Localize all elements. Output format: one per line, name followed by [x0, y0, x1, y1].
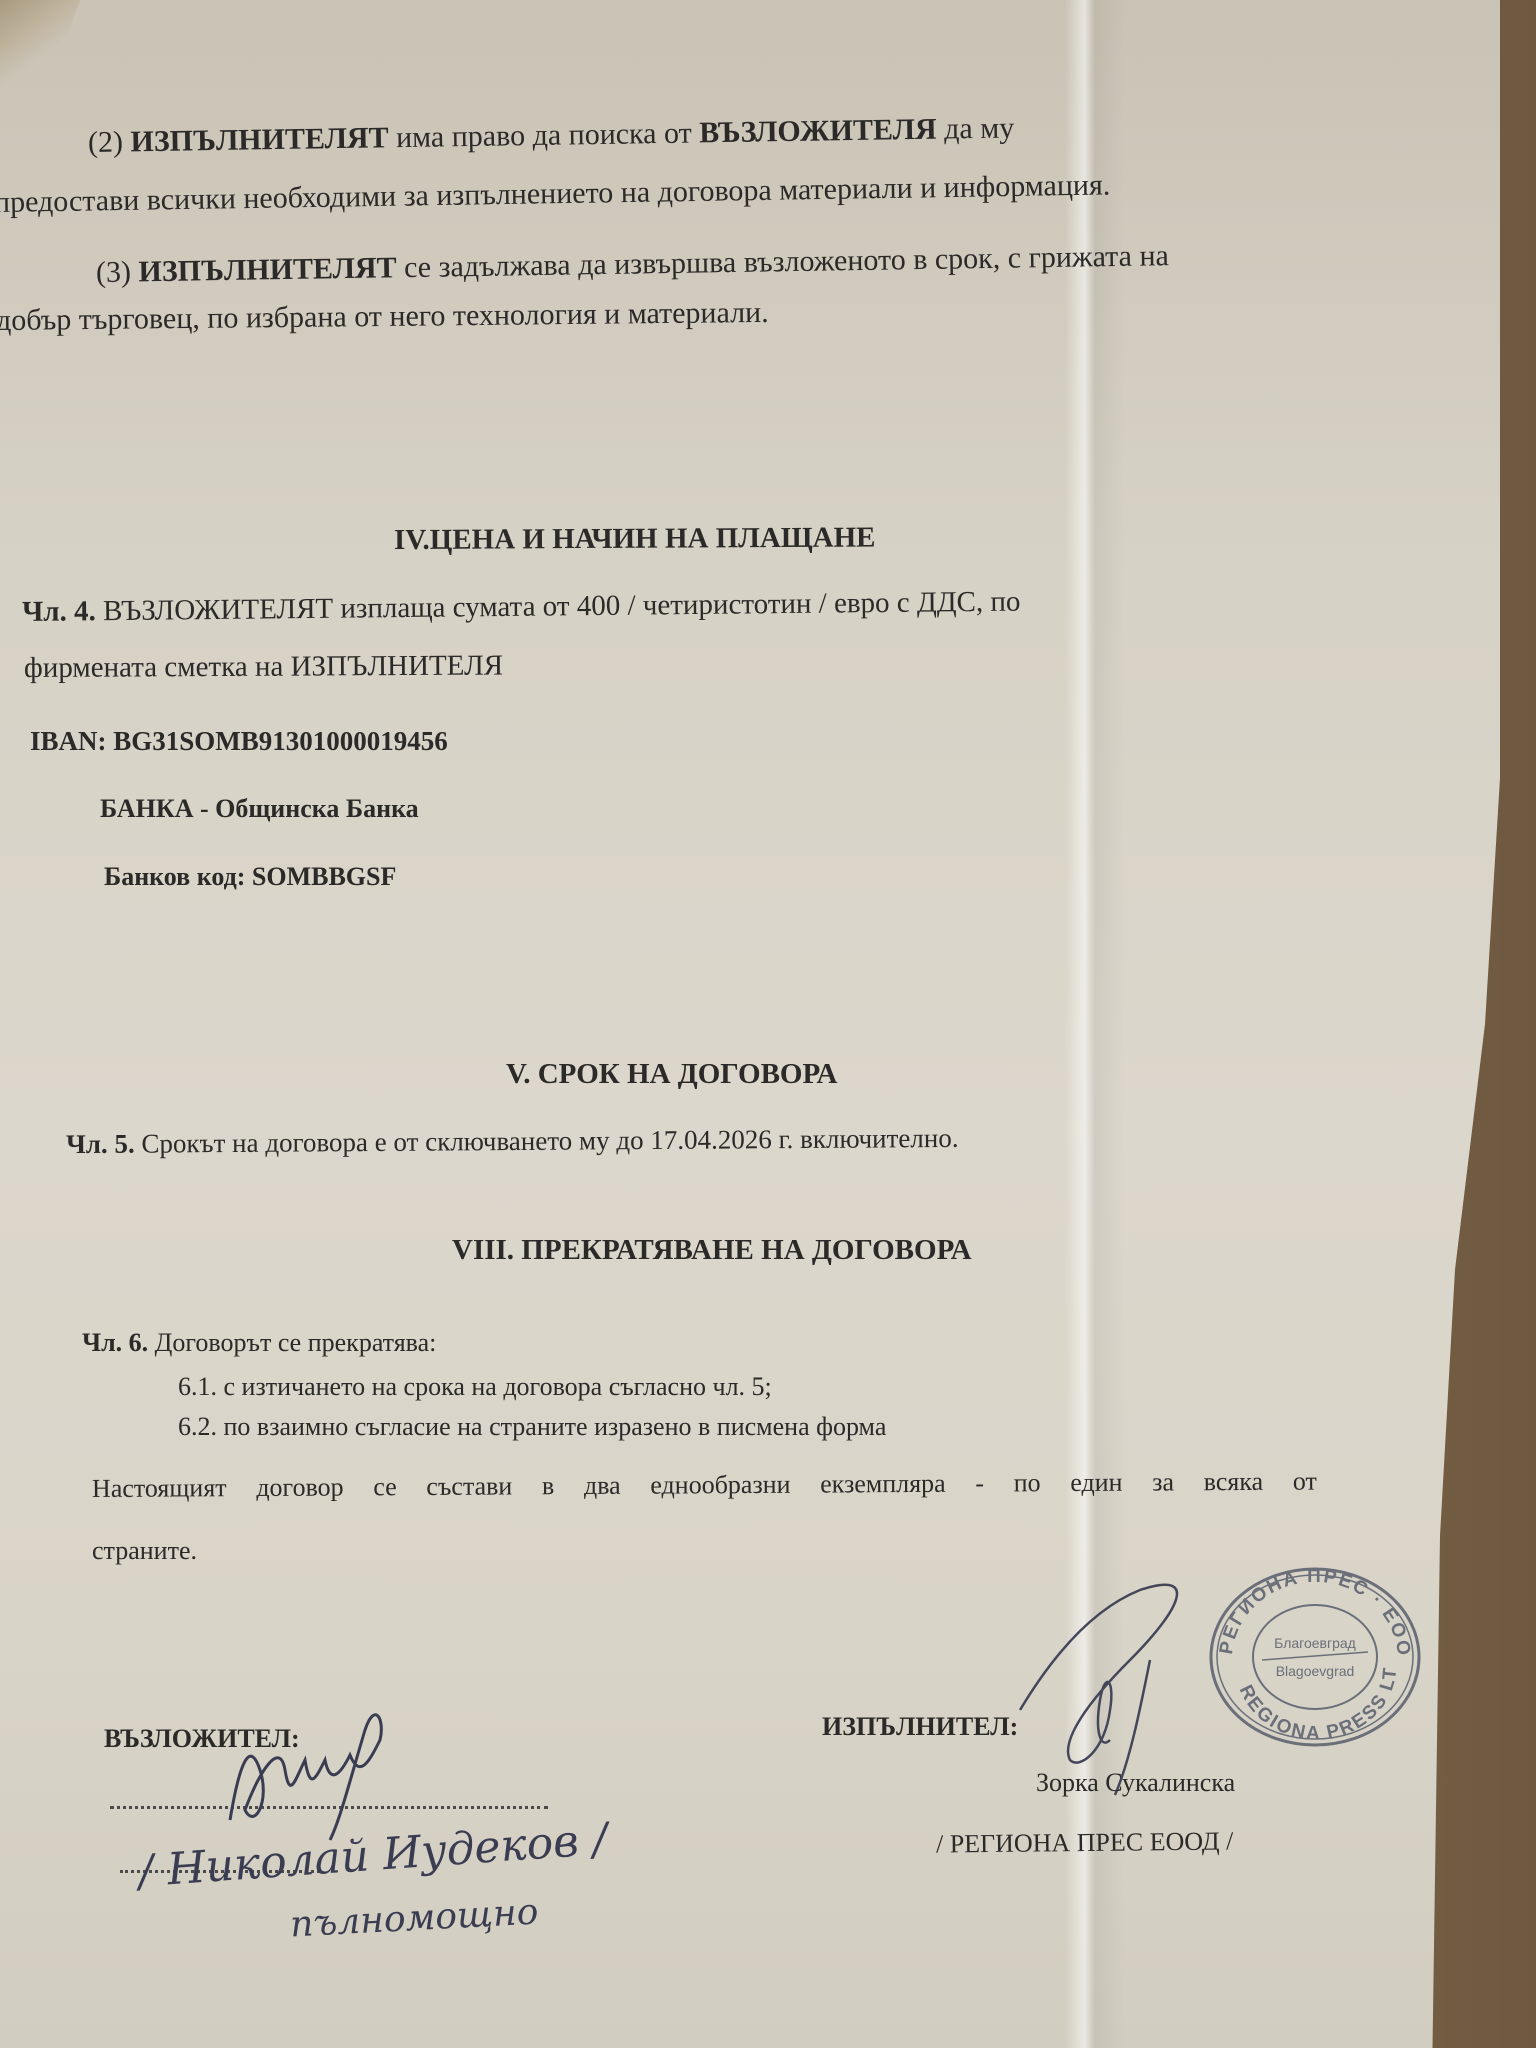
closing-line1: Настоящиятдоговорсесъставивдваеднообразн… — [92, 1469, 1317, 1502]
article-6-item-2: 6.2. по взаимно съгласие на страните изр… — [178, 1414, 886, 1440]
company-stamp: РЕГИОНА ПРЕС · ЕООД · REGIONA PRESS LTD … — [1200, 1560, 1430, 1750]
closing-word: в — [542, 1473, 554, 1499]
bank-code: Банков код: SOMBBGSF — [104, 864, 396, 890]
party-contractor: ИЗПЪЛНИТЕЛЯТ — [130, 121, 389, 158]
clause-number: (3) — [96, 255, 131, 289]
article-4-line1: Чл. 4. ВЪЗЛОЖИТЕЛЯТ изплаща сумата от 40… — [22, 588, 1021, 627]
closing-word: се — [373, 1474, 397, 1500]
party-client: ВЪЗЛОЖИТЕЛЯ — [699, 113, 937, 150]
contractor-company: / РЕГИОНА ПРЕС ЕООД / — [936, 1828, 1234, 1857]
clause-2-line1: (2) ИЗПЪЛНИТЕЛЯТ има право да поиска от … — [88, 113, 1015, 158]
closing-word: за — [1152, 1469, 1174, 1495]
clause-2-line2: предостави всички необходими за изпълнен… — [0, 170, 1110, 218]
iban: IBAN: BG31SOMB91301000019456 — [30, 728, 448, 755]
closing-word: от — [1293, 1469, 1317, 1495]
section-8-heading: VIII. ПРЕКРАТЯВАНЕ НА ДОГОВОРА — [452, 1236, 972, 1265]
closing-word: всяка — [1204, 1469, 1264, 1495]
contract-page: (2) ИЗПЪЛНИТЕЛЯТ има право да поиска от … — [0, 0, 1500, 2048]
section-4-heading: IV.ЦЕНА И НАЧИН НА ПЛАЩАНЕ — [394, 523, 876, 555]
party-contractor: ИЗПЪЛНИТЕЛЯТ — [138, 251, 397, 288]
closing-word: два — [584, 1473, 621, 1499]
clause-text: да му — [944, 111, 1015, 145]
closing-word: Настоящият — [92, 1475, 227, 1502]
contractor-signature — [1010, 1570, 1210, 1800]
closing-word: еднообразни — [650, 1472, 790, 1499]
clause-3-line2: добър търговец, по избрана от него техно… — [0, 298, 769, 336]
clause-3-line1: (3) ИЗПЪЛНИТЕЛЯТ се задължава да извършв… — [96, 241, 1169, 288]
closing-word: състави — [426, 1473, 512, 1500]
closing-word: по — [1014, 1470, 1041, 1496]
contractor-name: Зорка Сукалинска — [1036, 1770, 1235, 1796]
section-5-heading: V. СРОК НА ДОГОВОРА — [506, 1060, 837, 1089]
article-label: Чл. 4. — [22, 595, 96, 628]
closing-line2: страните. — [92, 1538, 197, 1564]
article-text: Срокът на договора е от сключването му д… — [141, 1123, 958, 1159]
article-text: Договорът се прекратява: — [155, 1328, 437, 1357]
clause-text: се задължава да извършва възложеното в с… — [404, 239, 1169, 284]
bank-name: БАНКА - Общинска Банка — [100, 796, 419, 822]
closing-word: един — [1070, 1470, 1122, 1496]
clause-number: (2) — [88, 125, 123, 159]
svg-text:Blagoevgrad: Blagoevgrad — [1276, 1663, 1355, 1679]
closing-word: екземпляра — [820, 1471, 946, 1498]
article-4-line2: фирмената сметка на ИЗПЪЛНИТЕЛЯ — [24, 651, 503, 683]
article-6-item-1: 6.1. с изтичането на срока на договора с… — [178, 1374, 772, 1400]
article-text: ВЪЗЛОЖИТЕЛЯТ изплаща сумата от 400 / чет… — [103, 586, 1021, 628]
page-fold-shadow — [0, 0, 80, 90]
closing-word: договор — [256, 1474, 344, 1501]
closing-word: - — [975, 1471, 984, 1497]
article-label: Чл. 5. — [66, 1129, 135, 1159]
contractor-label: ИЗПЪЛНИТЕЛ: — [822, 1714, 1018, 1740]
article-label: Чл. 6. — [82, 1328, 148, 1357]
clause-text: има право да поиска от — [396, 117, 692, 155]
article-5: Чл. 5. Срокът на договора е от сключване… — [66, 1125, 959, 1158]
client-handwritten-note: пълномощно — [289, 1892, 539, 1946]
svg-text:Благоевград: Благоевград — [1274, 1635, 1356, 1651]
article-6: Чл. 6. Договорът се прекратява: — [82, 1330, 436, 1356]
stamp-seal-icon: РЕГИОНА ПРЕС · ЕООД · REGIONA PRESS LTD … — [1200, 1560, 1430, 1750]
